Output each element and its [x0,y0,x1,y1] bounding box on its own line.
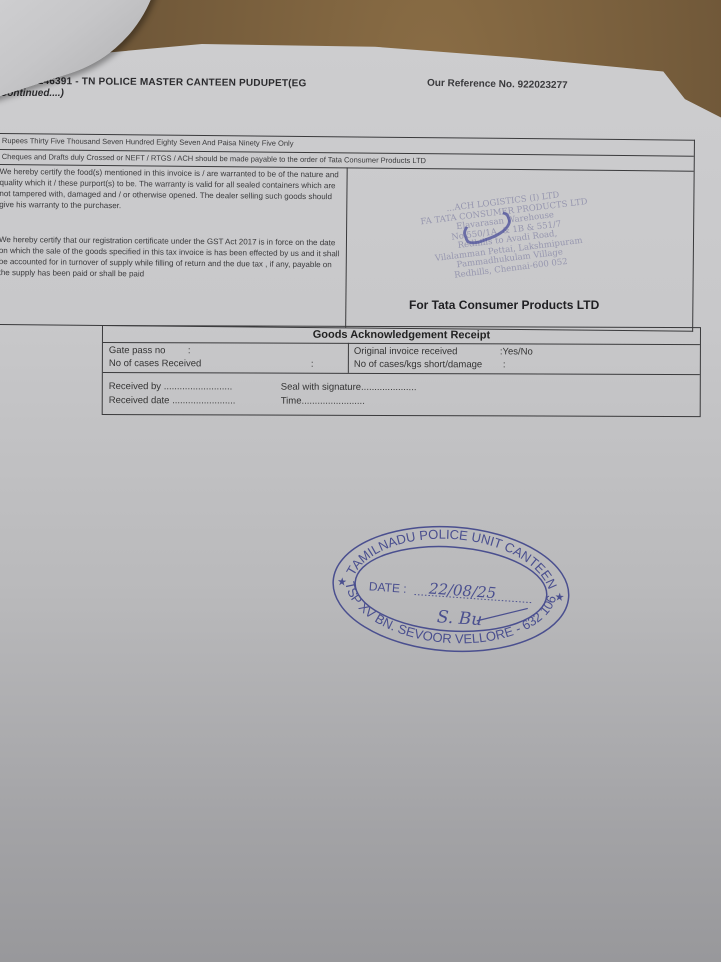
handwritten-signature: S. Bu [436,607,483,630]
row-divider [103,372,700,375]
stamp-date-label: DATE : [368,579,407,596]
received-date-field: Received date ........................ [109,395,236,406]
star-icon: ★ [337,576,348,589]
gst-certification: We hereby certify that our registration … [0,234,344,281]
cases-received-value: : [311,359,314,370]
original-invoice-value: :Yes/No [500,346,533,357]
seal-signature-field: Seal with signature..................... [281,382,417,393]
document-content: Bill To: 146391 - TN POLICE MASTER CANTE… [0,0,721,962]
row-divider [103,342,700,345]
received-by-field: Received by .......................... [109,381,233,392]
canteen-stamp: TAMILNADU POLICE UNIT CANTEEN TSP XV BN.… [325,515,577,662]
gate-pass-value: : [188,345,191,356]
payment-note: Cheques and Drafts duly Crossed or NEFT … [2,152,426,165]
ack-title: Goods Acknowledgement Receipt [103,328,700,342]
time-field: Time........................ [281,396,365,407]
reference-number: Our Reference No. 922023277 [427,78,568,91]
gate-pass-label: Gate pass no [109,345,166,356]
short-damage-value: : [503,359,506,370]
short-damage-label: No of cases/kgs short/damage [354,359,482,370]
signatory-label: For Tata Consumer Products LTD [409,298,599,312]
warranty-certification: We hereby certify the food(s) mentioned … [0,166,345,213]
cases-received-label: No of cases Received [109,358,201,369]
stamp-date-value: 22/08/25 [427,579,496,602]
star-icon: ★ [554,591,565,604]
column-divider [345,167,348,327]
original-invoice-label: Original invoice received [354,346,458,357]
column-divider [348,343,349,373]
goods-acknowledgement-table: Goods Acknowledgement Receipt Gate pass … [102,325,701,417]
amount-in-words: Rupees Thirty Five Thousand Seven Hundre… [2,136,294,148]
